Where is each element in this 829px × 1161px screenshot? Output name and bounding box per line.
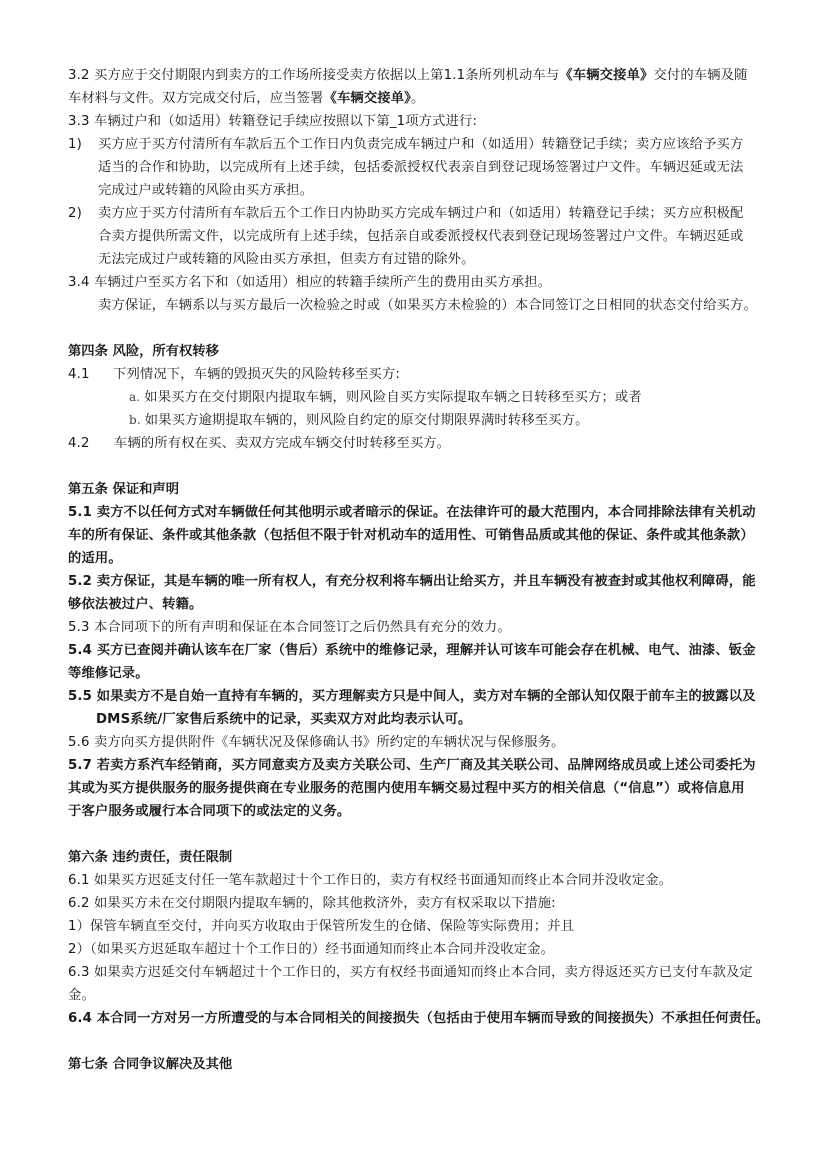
clause-4-1-a: a.如果买方在交付期限内提取车辆，则风险自买方实际提取车辆之日转移至买方；或者 [68,386,763,409]
clause-6-2: 6.2 如果买方未在交付期限内提取车辆的，除其他救济外，卖方有权采取以下措施: [68,892,763,915]
item-number: 2) [68,202,98,225]
clause-3-3-item-1-line-2: 适当的合作和协助，以完成所有上述手续，包括委派授权代表亲自到登记现场签署过户文件… [68,156,763,179]
clause-3-3-item-1-line-1: 1)买方应于买方付清所有车款后五个工作日内负责完成车辆过户和（如适用）转籍登记手… [68,133,763,156]
article-7-title: 第七条 合同争议解决及其他 [68,1053,763,1076]
article-6-title: 第六条 违约责任，责任限制 [68,846,763,869]
clause-6-1: 6.1 如果买方迟延支付任一笔车款超过十个工作日的，卖方有权经书面通知而终止本合… [68,869,763,892]
clause-number: 4.1 [68,363,113,386]
sub-item-label: a. [129,390,140,404]
clause-5-7-line-3: 于客户服务或履行本合同项下的或法定的义务。 [68,800,763,823]
spacer [68,317,763,340]
clause-text: 。 [411,91,424,106]
clause-6-3-line-2: 金。 [68,984,763,1007]
sub-item-text: 如果买方逾期提取车辆的，则风险自约定的原交付期限界满时转移至买方。 [145,413,589,428]
contract-page: 3.2 买方应于交付期限内到卖方的工作场所接受卖方依据以上第1.1条所列机动车与… [68,64,763,1076]
spacer [68,823,763,846]
handover-form-ref: 《车辆交接单》 [559,68,653,83]
clause-text: 下列情况下，车辆的毁损灭失的风险转移至买方: [113,367,400,382]
item-number: 1) [68,133,98,156]
clause-text: 车辆的所有权在买、卖双方完成车辆交付时转移至买方。 [114,436,450,451]
clause-number: 4.2 [68,432,114,455]
article-4-title: 第四条 风险，所有权转移 [68,340,763,363]
clause-5-4-line-1: 5.4 买方已查阅并确认该车在厂家（售后）系统中的维修记录，理解并认可该车可能会… [68,639,763,662]
clause-5-2-line-2: 够依法被过户、转籍。 [68,593,763,616]
clause-3-3: 3.3 车辆过户和（如适用）转籍登记手续应按照以下第_1项方式进行: [68,110,763,133]
clause-6-2-item-2: 2）（如果买方迟延取车超过十个工作日的）经书面通知而终止本合同并没收定金。 [68,938,763,961]
clause-text: 车材料与文件。双方完成交付后，应当签署 [68,91,324,106]
clause-3-3-item-2-line-1: 2)卖方应于买方付清所有车款后五个工作日内协助买方完成车辆过户和（如适用）转籍登… [68,202,763,225]
sub-item-text: 如果买方在交付期限内提取车辆，则风险自买方实际提取车辆之日转移至买方；或者 [144,390,642,405]
clause-3-4-seller-warranty: 卖方保证，车辆系以与买方最后一次检验之时或（如果买方未检验的）本合同签订之日相同… [68,294,763,317]
clause-number: 3.3 [68,114,90,129]
item-text: 卖方应于买方付清所有车款后五个工作日内协助买方完成车辆过户和（如适用）转籍登记手… [98,206,743,221]
handover-form-ref: 《车辆交接单》 [324,91,411,106]
sub-item-label: b. [129,413,141,427]
clause-6-4: 6.4 本合同一方对另一方所遭受的与本合同相关的间接损失（包括由于使用车辆而导致… [68,1007,763,1030]
clause-text: 车辆过户和（如适用）转籍登记手续应按照以下第_1项方式进行: [94,114,477,129]
item-text: 买方应于买方付清所有车款后五个工作日内负责完成车辆过户和（如适用）转籍登记手续；… [98,137,743,152]
clause-5-2-line-1: 5.2 卖方保证，其是车辆的唯一所有权人，有充分权利将车辆出让给买方，并且车辆没… [68,570,763,593]
clause-6-3-line-1: 6.3 如果卖方迟延交付车辆超过十个工作日的，买方有权经书面通知而终止本合同，卖… [68,961,763,984]
clause-5-3: 5.3 本合同项下的所有声明和保证在本合同签订之后仍然具有充分的效力。 [68,616,763,639]
article-5-title: 第五条 保证和声明 [68,478,763,501]
clause-5-5-line-1: 5.5 如果卖方不是自始一直持有车辆的，买方理解卖方只是中间人，卖方对车辆的全部… [68,685,763,708]
clause-5-4-line-2: 等维修记录。 [68,662,763,685]
clause-6-2-item-1: 1）保管车辆直至交付，并向买方收取由于保管所发生的仓储、保险等实际费用；并且 [68,915,763,938]
clause-5-7-line-1: 5.7 若卖方系汽车经销商，买方同意卖方及卖方关联公司、生产厂商及其关联公司、品… [68,754,763,777]
clause-5-5-line-2: DMS系统/厂家售后系统中的记录，买卖双方对此均表示认可。 [68,708,763,731]
clause-number: 3.4 [68,275,90,290]
clause-5-1-line-1: 5.1 卖方不以任何方式对车辆做任何其他明示或者暗示的保证。在法律许可的最大范围… [68,501,763,524]
clause-5-6: 5.6 卖方向买方提供附件《车辆状况及保修确认书》所约定的车辆状况与保修服务。 [68,731,763,754]
spacer [68,1030,763,1053]
clause-3-3-item-2-line-2: 合卖方提供所需文件，以完成所有上述手续，包括亲自或委派授权代表到登记现场签署过户… [68,225,763,248]
clause-text: 交付的车辆及随 [653,68,747,83]
clause-5-7-line-2: 其或为买方提供服务的服务提供商在专业服务的范围内使用车辆交易过程中买方的相关信息… [68,777,763,800]
clause-4-1: 4.1下列情况下，车辆的毁损灭失的风险转移至买方: [68,363,763,386]
clause-5-1-line-3: 的适用。 [68,547,763,570]
clause-number: 3.2 [68,68,90,83]
spacer [68,455,763,478]
clause-3-3-item-1-line-3: 完成过户或转籍的风险由买方承担。 [68,179,763,202]
clause-text: 车辆过户至买方名下和（如适用）相应的转籍手续所产生的费用由买方承担。 [94,275,551,290]
clause-3-3-item-2-line-3: 无法完成过户或转籍的风险由买方承担，但卖方有过错的除外。 [68,248,763,271]
clause-4-2: 4.2车辆的所有权在买、卖双方完成车辆交付时转移至买方。 [68,432,763,455]
clause-4-1-b: b.如果买方逾期提取车辆的，则风险自约定的原交付期限界满时转移至买方。 [68,409,763,432]
clause-3-2-line-1: 3.2 买方应于交付期限内到卖方的工作场所接受卖方依据以上第1.1条所列机动车与… [68,64,763,87]
clause-3-4: 3.4 车辆过户至买方名下和（如适用）相应的转籍手续所产生的费用由买方承担。 [68,271,763,294]
clause-5-1-line-2: 车的所有保证、条件或其他条款（包括但不限于针对机动车的适用性、可销售品质或其他的… [68,524,763,547]
clause-text: 买方应于交付期限内到卖方的工作场所接受卖方依据以上第1.1条所列机动车与 [94,68,559,83]
clause-3-2-line-2: 车材料与文件。双方完成交付后，应当签署《车辆交接单》。 [68,87,763,110]
